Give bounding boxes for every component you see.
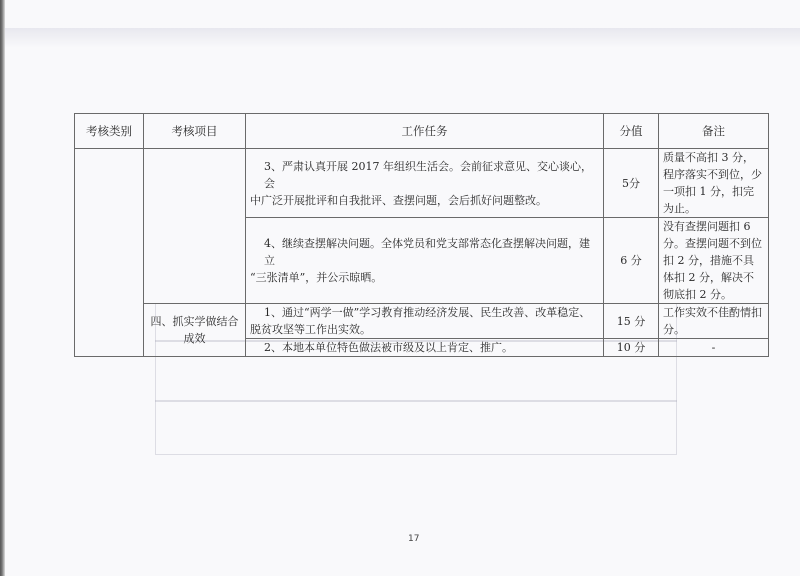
task-line: 3、严肃认真开展 2017 年组织生活会。会前征求意见、交心谈心，会 <box>250 158 599 192</box>
task-cell: 4、继续查摆解决问题。全体党员和党支部常态化查摆解决问题，建立 “三张清单”，并… <box>246 218 604 304</box>
table-header-row: 考核类别 考核项目 工作任务 分值 备注 <box>75 114 769 149</box>
table-row: 四、抓实学做结合成效 1、通过“两学一做”学习教育推动经济发展、民生改善、改革稳… <box>75 304 769 339</box>
score-cell: 10 分 <box>604 339 659 357</box>
note-cell: 工作实效不佳酌情扣分。 <box>659 304 769 339</box>
bleed-through-rule <box>155 400 677 402</box>
task-line: 脱贫攻坚等工作出实效。 <box>250 323 371 336</box>
task-cell: 1、通过“两学一做”学习教育推动经济发展、民生改善、改革稳定、 脱贫攻坚等工作出… <box>246 304 604 339</box>
header-score: 分值 <box>604 114 659 149</box>
item-cell <box>144 149 246 304</box>
task-line: “三张清单”，并公示晾晒。 <box>250 271 382 284</box>
header-task: 工作任务 <box>246 114 604 149</box>
item-cell: 四、抓实学做结合成效 <box>144 304 246 357</box>
score-cell: 5分 <box>604 149 659 218</box>
scan-shading <box>5 28 800 48</box>
page-number: 17 <box>408 534 419 544</box>
header-item: 考核项目 <box>144 114 246 149</box>
task-cell: 2、本地本单位特色做法被市级及以上肯定、推广。 <box>246 339 604 357</box>
assessment-table: 考核类别 考核项目 工作任务 分值 备注 3、严肃认真开展 2017 年组织生活… <box>74 113 769 357</box>
category-cell <box>75 149 144 357</box>
task-line: 1、通过“两学一做”学习教育推动经济发展、民生改善、改革稳定、 <box>250 304 590 321</box>
note-cell: - <box>659 339 769 357</box>
table-row: 3、严肃认真开展 2017 年组织生活会。会前征求意见、交心谈心，会 中广泛开展… <box>75 149 769 218</box>
score-cell: 6 分 <box>604 218 659 304</box>
note-cell: 质量不高扣 3 分，程序落实不到位，少一项扣 1 分，扣完为止。 <box>659 149 769 218</box>
task-line: 中广泛开展批评和自我批评、查摆问题，会后抓好问题整改。 <box>250 194 547 207</box>
header-category: 考核类别 <box>75 114 144 149</box>
score-cell: 15 分 <box>604 304 659 339</box>
header-note: 备注 <box>659 114 769 149</box>
task-line: 2、本地本单位特色做法被市级及以上肯定、推广。 <box>250 339 513 356</box>
task-line: 4、继续查摆解决问题。全体党员和党支部常态化查摆解决问题，建立 <box>250 235 599 269</box>
note-cell: 没有查摆问题扣 6 分。查摆问题不到位扣 2 分，措施不具体扣 2 分，解决不彻… <box>659 218 769 304</box>
scan-edge-shadow <box>0 0 5 576</box>
task-cell: 3、严肃认真开展 2017 年组织生活会。会前征求意见、交心谈心，会 中广泛开展… <box>246 149 604 218</box>
